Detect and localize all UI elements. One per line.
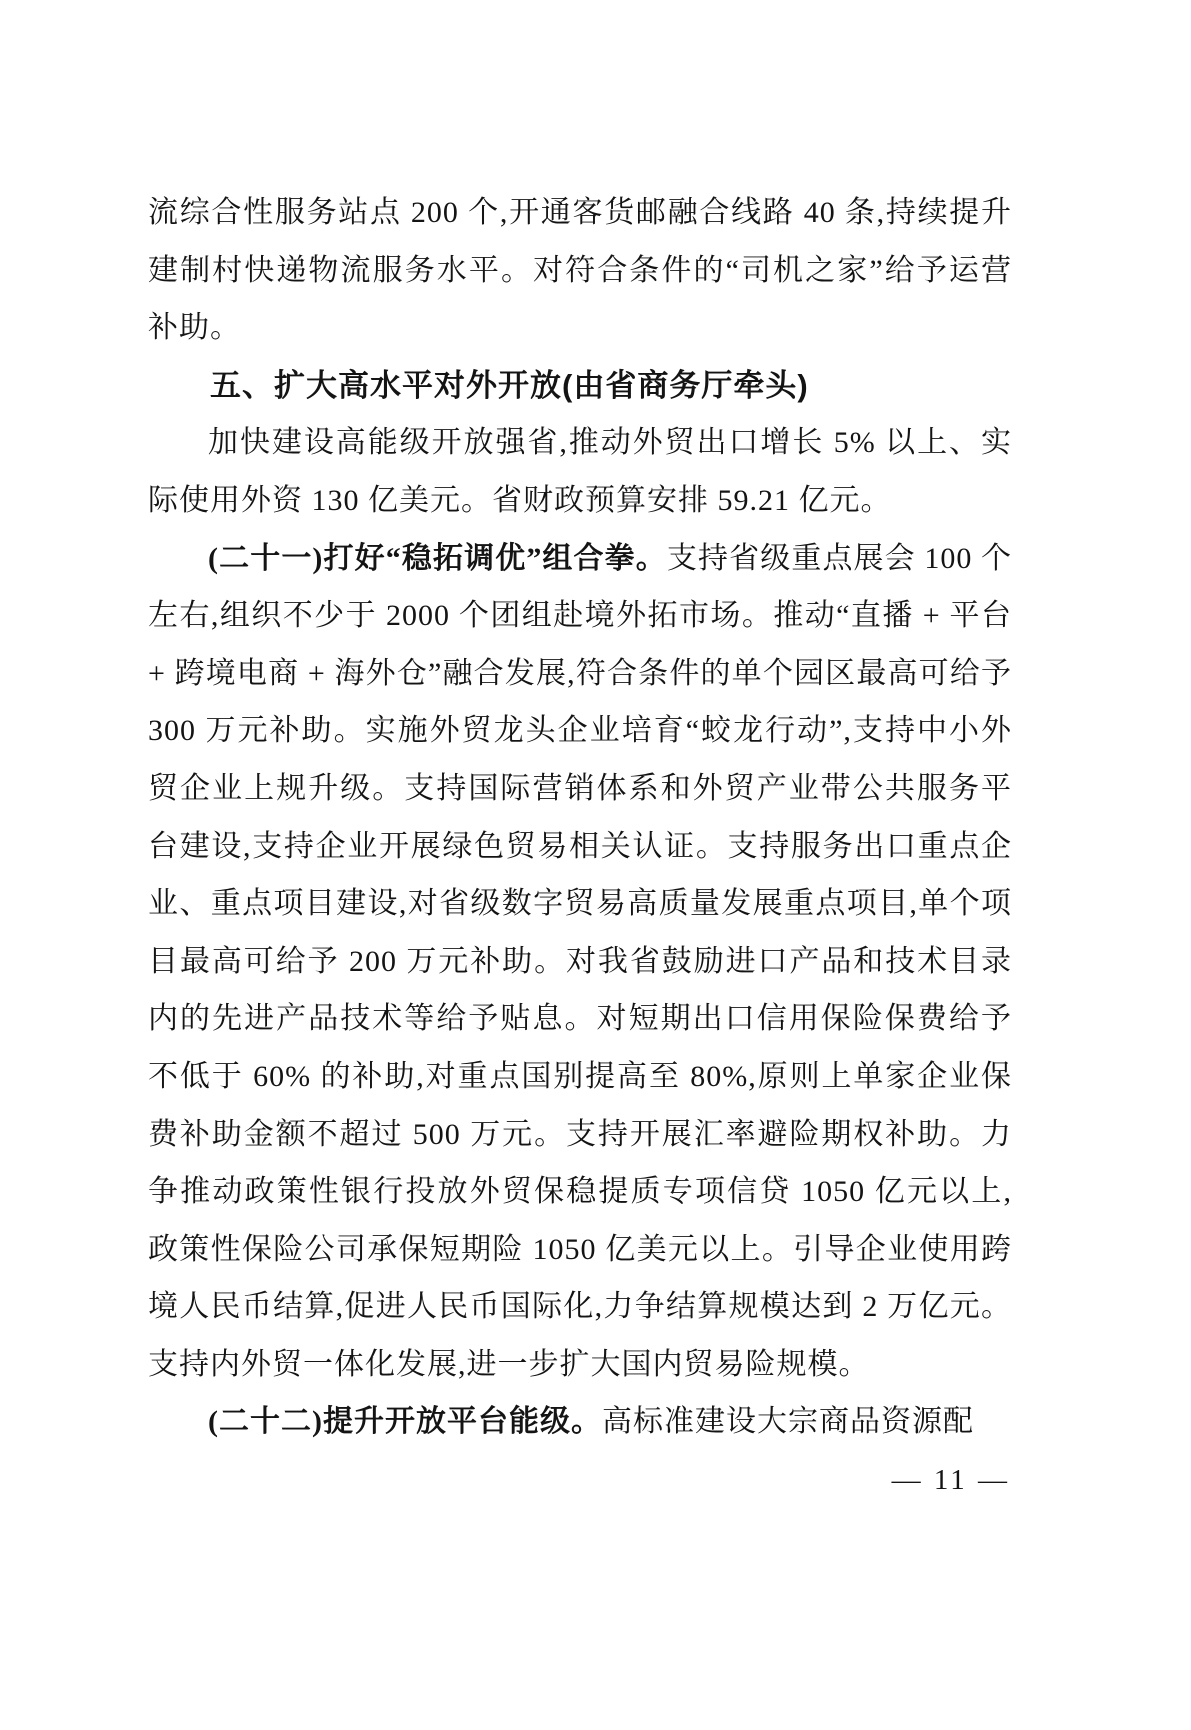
page-content: 流综合性服务站点 200 个,开通客货邮融合线路 40 条,持续提升建制村快递物… <box>148 184 1012 1451</box>
paragraph-text: 加快建设高能级开放强省,推动外贸出口增长 5% 以上、实际使用外资 130 亿美… <box>148 426 1012 517</box>
paragraph-text: 流综合性服务站点 200 个,开通客货邮融合线路 40 条,持续提升建制村快递物… <box>148 196 1012 344</box>
paragraph-intro: 加快建设高能级开放强省,推动外贸出口增长 5% 以上、实际使用外资 130 亿美… <box>148 414 1012 529</box>
paragraph-item-22: (二十二)提升开放平台能级。高标准建设大宗商品资源配 <box>148 1393 1012 1451</box>
paragraph-lead: (二十二)提升开放平台能级。 <box>208 1405 602 1438</box>
page-number: — 11 — <box>892 1464 1010 1497</box>
paragraph-continuation: 流综合性服务站点 200 个,开通客货邮融合线路 40 条,持续提升建制村快递物… <box>148 184 1012 357</box>
paragraph-item-21: (二十一)打好“稳拓调优”组合拳。支持省级重点展会 100 个左右,组织不少于 … <box>148 530 1012 1394</box>
document-page: 流综合性服务站点 200 个,开通客货邮融合线路 40 条,持续提升建制村快递物… <box>0 0 1191 1730</box>
paragraph-text: 支持省级重点展会 100 个左右,组织不少于 2000 个团组赴境外拓市场。推动… <box>148 542 1012 1381</box>
paragraph-text: 高标准建设大宗商品资源配 <box>602 1405 974 1438</box>
section-heading: 五、扩大高水平对外开放(由省商务厅牵头) <box>148 357 1012 415</box>
paragraph-lead: (二十一)打好“稳拓调优”组合拳。 <box>208 542 667 575</box>
